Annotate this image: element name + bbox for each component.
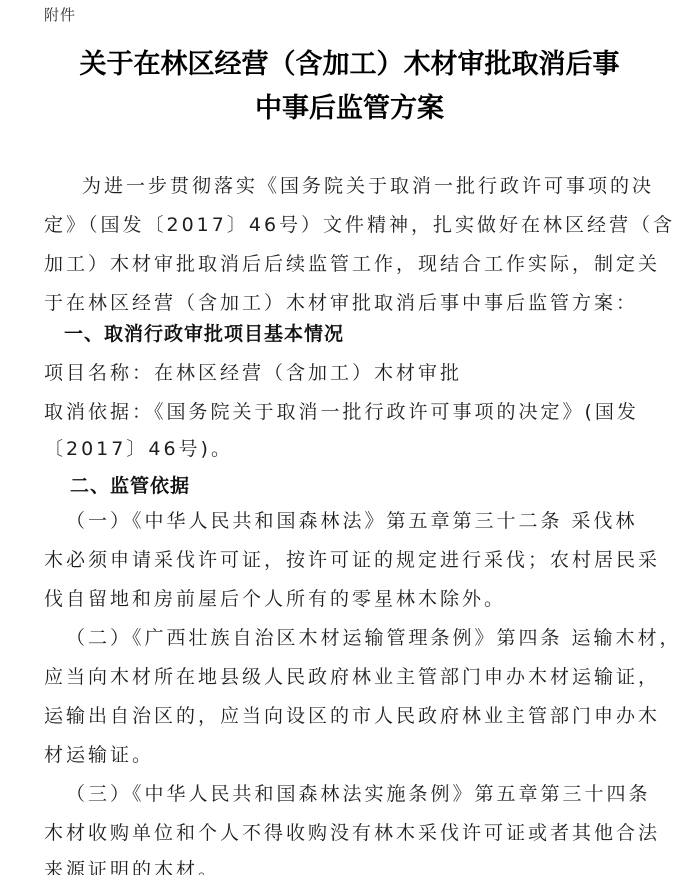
section-2-heading: 二、监管依据 [70,471,190,498]
document-title-line-1: 关于在林区经营（含加工）木材审批取消后事 [0,42,699,81]
cancel-basis-line-2: 〔2017〕46号)。 [44,434,233,461]
intro-line-1: 为进一步贯彻落实《国务院关于取消一批行政许可事项的决 [82,171,654,198]
basis-item-1-line-3: 伐自留地和房前屋后个人所有的零星林木除外。 [44,584,506,611]
cancel-basis-line-1: 取消依据：《国务院关于取消一批行政许可事项的决定》(国发 [44,397,639,424]
basis-item-2-line-2: 应当向木材所在地县级人民政府林业主管部门申办木材运输证， [44,662,660,689]
intro-line-4: 于在林区经营（含加工）木材审批取消后事中事后监管方案： [44,288,638,315]
basis-item-1-line-2: 木必须申请采伐许可证，按许可证的规定进行采伐；农村居民采 [44,545,660,572]
project-name-line: 项目名称：在林区经营（含加工）木材审批 [44,358,462,385]
intro-line-3: 加工）木材审批取消后后续监管工作，现结合工作实际，制定关 [44,249,660,276]
section-1-heading: 一、取消行政审批项目基本情况 [64,319,344,346]
attachment-label: 附件 [44,4,76,25]
basis-item-1-line-1: （一）《中华人民共和国森林法》第五章第三十二条 采伐林 [66,506,638,533]
document-title-line-2: 中事后监管方案 [0,86,699,125]
basis-item-3-line-1: （三）《中华人民共和国森林法实施条例》第五章第三十四条 [66,779,651,806]
basis-item-3-line-3: 来源证明的木材。 [44,855,220,875]
basis-item-2-line-1: （二）《广西壮族自治区木材运输管理条例》第四条 运输木材， [66,623,682,650]
basis-item-3-line-2: 木材收购单位和个人不得收购没有林木采伐许可证或者其他合法 [44,818,660,845]
basis-item-2-line-3: 运输出自治区的，应当向设区的市人民政府林业主管部门申办木 [44,701,660,728]
basis-item-2-line-4: 材运输证。 [44,740,154,767]
intro-line-2: 定》（国发〔2017〕46号）文件精神，扎实做好在林区经营（含 [44,210,675,237]
